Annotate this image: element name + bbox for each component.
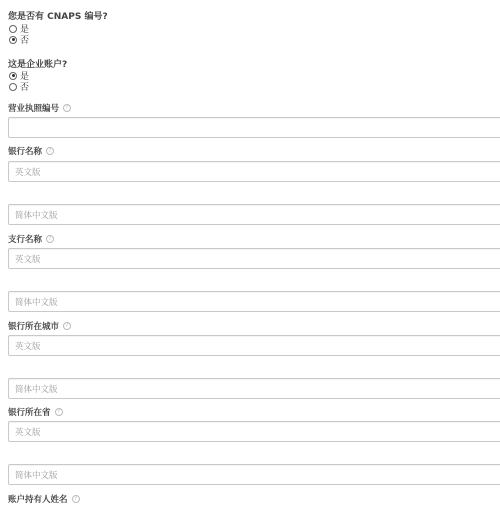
radio-unchecked-icon[interactable] — [9, 83, 17, 91]
branch-name-en-input[interactable]: 英文版 — [8, 248, 500, 269]
business-radio-no[interactable]: 否 — [9, 80, 29, 93]
bank-city-label: 银行所在城市 ? — [8, 320, 71, 332]
label-text: 银行所在城市 — [8, 320, 59, 332]
branch-name-zh-input[interactable]: 简体中文版 — [8, 291, 500, 312]
bank-province-label: 银行所在省 ? — [8, 406, 63, 418]
radio-label: 否 — [20, 80, 29, 93]
question-circle-icon[interactable]: ? — [55, 408, 63, 416]
radio-label: 否 — [20, 33, 29, 46]
question-circle-icon[interactable]: ? — [72, 495, 80, 503]
label-text: 银行所在省 — [8, 406, 51, 418]
bank-name-en-input[interactable]: 英文版 — [8, 161, 500, 182]
account-holder-label: 账户持有人姓名 ? — [8, 493, 80, 505]
bank-city-zh-input[interactable]: 简体中文版 — [8, 378, 500, 399]
question-circle-icon[interactable]: ? — [46, 147, 54, 155]
branch-name-label: 支行名称 ? — [8, 233, 54, 245]
radio-unchecked-icon[interactable] — [9, 25, 17, 33]
question-circle-icon[interactable]: ? — [46, 235, 54, 243]
question-circle-icon[interactable]: ? — [63, 104, 71, 112]
bank-city-en-input[interactable]: 英文版 — [8, 335, 500, 356]
business-license-label: 营业执照编号 ? — [8, 102, 71, 114]
label-text: 银行名称 — [8, 145, 42, 157]
bank-province-en-input[interactable]: 英文版 — [8, 421, 500, 442]
bank-province-zh-input[interactable]: 简体中文版 — [8, 464, 500, 485]
bank-name-zh-input[interactable]: 简体中文版 — [8, 204, 500, 225]
radio-checked-icon[interactable] — [9, 72, 17, 80]
label-text: 账户持有人姓名 — [8, 493, 68, 505]
radio-checked-icon[interactable] — [9, 36, 17, 44]
business-license-input[interactable] — [8, 117, 500, 138]
cnaps-radio-no[interactable]: 否 — [9, 33, 29, 46]
cnaps-question: 您是否有 CNAPS 编号? — [8, 9, 108, 22]
label-text: 支行名称 — [8, 233, 42, 245]
question-circle-icon[interactable]: ? — [63, 322, 71, 330]
bank-name-label: 银行名称 ? — [8, 145, 54, 157]
label-text: 营业执照编号 — [8, 102, 59, 114]
